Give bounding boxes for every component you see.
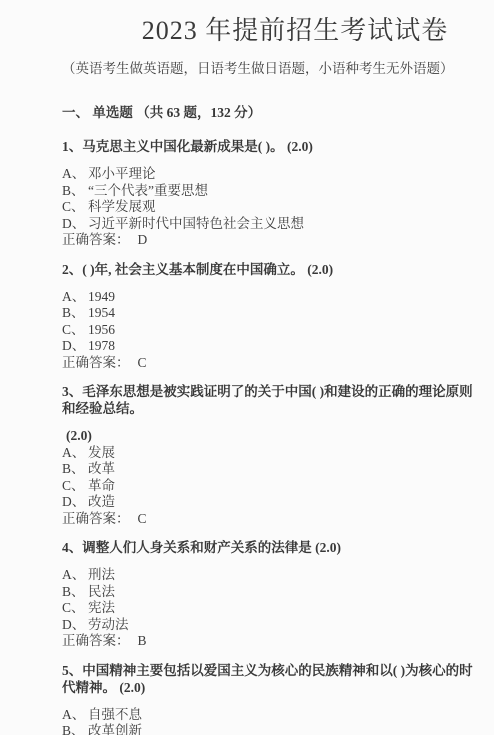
options-list: (2.0) A、发展 B、改革 C、革命 D、改造 正确答案：C — [62, 428, 482, 527]
option-letter: A、 — [62, 445, 88, 462]
option-letter: D、 — [62, 338, 88, 355]
answer-row: 正确答案：B — [62, 633, 482, 650]
option-row: C、1956 — [62, 322, 482, 339]
question-stem: 5、中国精神主要包括以爱国主义为核心的民族精神和以( )为核心的时代精神。 (2… — [62, 662, 482, 696]
option-letter: A、 — [62, 289, 88, 306]
option-row: D、1978 — [62, 338, 482, 355]
option-text: 革命 — [88, 478, 115, 493]
option-row: A、自强不息 — [62, 707, 482, 724]
answer-value: C — [138, 355, 147, 370]
option-row: B、1954 — [62, 305, 482, 322]
options-list: A、1949 B、1954 C、1956 D、1978 正确答案：C — [62, 289, 482, 372]
option-letter: B、 — [62, 461, 88, 478]
option-text: 邓小平理论 — [88, 166, 156, 181]
option-letter: C、 — [62, 199, 88, 216]
option-letter: D、 — [62, 494, 88, 511]
option-letter: C、 — [62, 600, 88, 617]
option-letter: C、 — [62, 322, 88, 339]
answer-value: B — [138, 633, 147, 648]
answer-label: 正确答案： — [62, 633, 130, 648]
option-letter: A、 — [62, 567, 88, 584]
option-letter: B、 — [62, 183, 88, 200]
option-row: D、改造 — [62, 494, 482, 511]
question-stem: 4、调整人们人身关系和财产关系的法律是 (2.0) — [62, 539, 482, 556]
question-block-2: 2、( )年, 社会主义基本制度在中国确立。 (2.0) A、1949 B、19… — [62, 261, 482, 372]
option-row: A、1949 — [62, 289, 482, 306]
answer-row: 正确答案：C — [62, 511, 482, 528]
option-text: 刑法 — [88, 567, 115, 582]
options-list: A、刑法 B、民法 C、宪法 D、劳动法 正确答案：B — [62, 567, 482, 650]
option-row: B、民法 — [62, 584, 482, 601]
option-letter: A、 — [62, 707, 88, 724]
answer-row: 正确答案：D — [62, 232, 482, 249]
option-row: C、宪法 — [62, 600, 482, 617]
option-letter: D、 — [62, 216, 88, 233]
answer-value: C — [138, 511, 147, 526]
option-row: A、邓小平理论 — [62, 166, 482, 183]
answer-label: 正确答案： — [62, 511, 130, 526]
option-row: B、“三个代表”重要思想 — [62, 183, 482, 200]
question-stem: 1、马克思主义中国化最新成果是( )。 (2.0) — [62, 138, 482, 155]
option-text: 发展 — [88, 445, 115, 460]
options-list: A、邓小平理论 B、“三个代表”重要思想 C、科学发展观 D、习近平新时代中国特… — [62, 166, 482, 249]
question-score: (2.0) — [62, 428, 482, 445]
question-block-3: 3、毛泽东思想是被实践证明了的关于中国( )和建设的正确的理论原则和经验总结。 … — [62, 383, 482, 527]
question-stem: 2、( )年, 社会主义基本制度在中国确立。 (2.0) — [62, 261, 482, 278]
exam-language-note: （英语考生做英语题，日语考生做日语题，小语种考生无外语题） — [62, 60, 482, 77]
option-text: 1956 — [88, 322, 115, 337]
option-row: D、劳动法 — [62, 617, 482, 634]
option-text: 1954 — [88, 305, 115, 320]
question-block-5: 5、中国精神主要包括以爱国主义为核心的民族精神和以( )为核心的时代精神。 (2… — [62, 662, 482, 735]
option-row: C、科学发展观 — [62, 199, 482, 216]
option-text: 习近平新时代中国特色社会主义思想 — [88, 216, 304, 231]
option-letter: D、 — [62, 617, 88, 634]
option-text: 科学发展观 — [88, 199, 156, 214]
option-text: “三个代表”重要思想 — [88, 183, 208, 198]
answer-label: 正确答案： — [62, 232, 130, 247]
option-text: 改造 — [88, 494, 115, 509]
options-list: A、自强不息 B、改革创新 — [62, 707, 482, 735]
option-letter: B、 — [62, 723, 88, 735]
option-row: D、习近平新时代中国特色社会主义思想 — [62, 216, 482, 233]
option-row: A、刑法 — [62, 567, 482, 584]
option-text: 宪法 — [88, 600, 115, 615]
option-row: B、改革 — [62, 461, 482, 478]
option-letter: B、 — [62, 305, 88, 322]
section-heading: 一、 单选题 （共 63 题，132 分） — [62, 104, 482, 121]
document-content: 2023 年提前招生考试试卷 （英语考生做英语题，日语考生做日语题，小语种考生无… — [0, 0, 494, 735]
option-letter: C、 — [62, 478, 88, 495]
option-letter: A、 — [62, 166, 88, 183]
question-block-1: 1、马克思主义中国化最新成果是( )。 (2.0) A、邓小平理论 B、“三个代… — [62, 138, 482, 249]
exam-paper-document: 2023 年提前招生考试试卷 （英语考生做英语题，日语考生做日语题，小语种考生无… — [0, 0, 494, 735]
option-letter: B、 — [62, 584, 88, 601]
question-stem: 3、毛泽东思想是被实践证明了的关于中国( )和建设的正确的理论原则和经验总结。 — [62, 383, 482, 417]
option-text: 改革 — [88, 461, 115, 476]
answer-row: 正确答案：C — [62, 355, 482, 372]
option-text: 改革创新 — [88, 723, 142, 735]
answer-value: D — [138, 232, 148, 247]
page-title: 2023 年提前招生考试试卷 — [62, 14, 482, 48]
question-block-4: 4、调整人们人身关系和财产关系的法律是 (2.0) A、刑法 B、民法 C、宪法… — [62, 539, 482, 650]
option-text: 1949 — [88, 289, 115, 304]
option-row: A、发展 — [62, 445, 482, 462]
answer-label: 正确答案： — [62, 355, 130, 370]
option-text: 1978 — [88, 338, 115, 353]
option-row: B、改革创新 — [62, 723, 482, 735]
option-text: 劳动法 — [88, 617, 129, 632]
option-text: 自强不息 — [88, 707, 142, 722]
option-text: 民法 — [88, 584, 115, 599]
option-row: C、革命 — [62, 478, 482, 495]
